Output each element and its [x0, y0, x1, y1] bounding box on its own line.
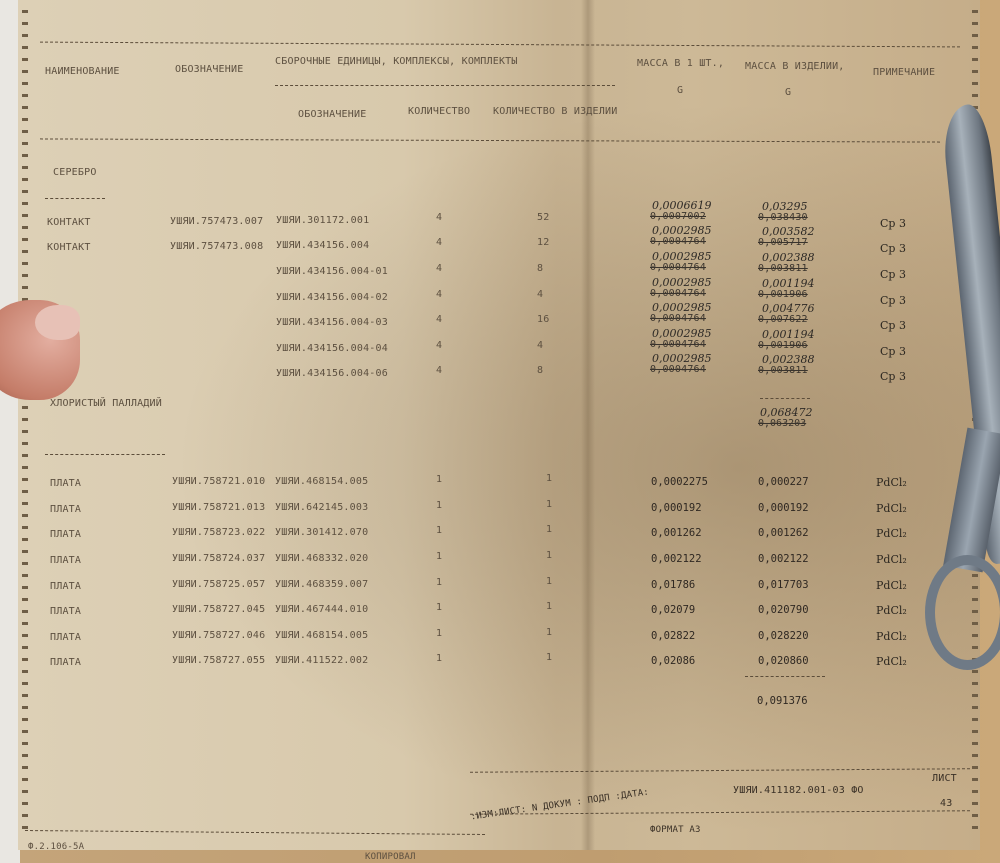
- col-header-qty-in-product: КОЛИЧЕСТВО В ИЗДЕЛИИ: [493, 106, 617, 117]
- row-mass-total-old: 0,003811: [758, 263, 808, 274]
- row-assembly: УШЯИ.434156.004-02: [276, 292, 388, 303]
- col-header-mass-product-g: G: [785, 87, 791, 98]
- row-mass-unit: 0,01786: [651, 579, 695, 591]
- col-header-note: ПРИМЕЧАНИЕ: [873, 67, 935, 78]
- row-assembly: УШЯИ.468359.007: [275, 579, 368, 590]
- palladium-total-rule: [745, 676, 825, 677]
- row-designation: УШЯИ.758727.055: [172, 655, 265, 666]
- row-mass-unit-old: 0,0004764: [650, 339, 706, 350]
- row-mass-unit-old: 0,0004764: [650, 313, 706, 324]
- row-designation: УШЯИ.758721.013: [172, 502, 265, 513]
- silver-total-old: 0,063203: [758, 418, 806, 429]
- row-designation: УШЯИ.758723.022: [172, 527, 265, 538]
- row-note: PdCl₂: [876, 630, 907, 643]
- silver-total-rule: [760, 398, 810, 399]
- row-mass-unit-old: 0,0004764: [650, 364, 706, 375]
- row-name: ПЛАТА: [50, 555, 81, 566]
- row-assembly: УШЯИ.468154.005: [275, 630, 368, 641]
- row-mass-total-old: 0,001906: [758, 289, 808, 300]
- row-qty-in-product: 1: [546, 550, 552, 561]
- row-name: КОНТАКТ: [47, 242, 91, 253]
- fingernail-photo-object: [35, 305, 80, 340]
- row-qty-in-product: 1: [546, 499, 552, 510]
- row-mass-total: 0,001262: [758, 527, 809, 539]
- paper-fold: [581, 0, 595, 850]
- row-mass-unit: 0,02079: [651, 604, 695, 616]
- row-note: PdCl₂: [876, 604, 907, 617]
- row-qty-in-product: 1: [546, 601, 552, 612]
- row-assembly: УШЯИ.434156.004: [276, 240, 369, 251]
- row-note: Ср 3: [880, 345, 906, 358]
- row-name: ПЛАТА: [50, 504, 81, 515]
- row-note: Ср 3: [880, 268, 906, 281]
- row-qty-in-product: 8: [537, 365, 543, 376]
- row-qty: 4: [436, 365, 442, 376]
- palladium-total: 0,091376: [757, 695, 808, 707]
- section-palladium: ХЛОРИСТЫЙ ПАЛЛАДИЙ: [50, 398, 162, 409]
- row-name: ПЛАТА: [50, 529, 81, 540]
- row-qty: 1: [436, 525, 442, 536]
- col-header-designation: ОБОЗНАЧЕНИЕ: [175, 64, 243, 75]
- scissors-ring: [925, 555, 1000, 670]
- row-qty: 4: [436, 212, 442, 223]
- row-note: PdCl₂: [876, 579, 907, 592]
- row-mass-unit-old: 0,0004764: [650, 262, 706, 273]
- row-assembly: УШЯИ.301172.001: [276, 215, 369, 226]
- col-header-sub-quantity: КОЛИЧЕСТВО: [408, 106, 470, 117]
- row-note: PdCl₂: [876, 553, 907, 566]
- row-mass-total: 0,017703: [758, 579, 809, 591]
- row-qty-in-product: 1: [546, 652, 552, 663]
- row-note: Ср 3: [880, 319, 906, 332]
- row-mass-unit: 0,002122: [651, 553, 702, 565]
- col-header-assemblies: СБОРОЧНЫЕ ЕДИНИЦЫ, КОМПЛЕКСЫ, КОМПЛЕКТЫ: [275, 56, 518, 67]
- section-palladium-underline: [45, 454, 165, 455]
- form-code: Ф.2.106-5А: [28, 842, 84, 852]
- row-qty-in-product: 4: [537, 289, 543, 300]
- col-header-mass-unit: МАССА В 1 ШТ.,: [637, 58, 724, 69]
- row-mass-unit: 0,001262: [651, 527, 702, 539]
- col-header-mass-unit-g: G: [677, 85, 683, 96]
- row-qty-in-product: 1: [546, 576, 552, 587]
- row-assembly: УШЯИ.467444.010: [275, 604, 368, 615]
- row-mass-total-old: 0,005717: [758, 237, 808, 248]
- col-header-sub-designation: ОБОЗНАЧЕНИЕ: [298, 109, 366, 120]
- row-assembly: УШЯИ.642145.003: [275, 502, 368, 513]
- row-mass-total: 0,000192: [758, 502, 809, 514]
- row-qty: 4: [436, 289, 442, 300]
- binder-edge: [0, 0, 20, 863]
- row-qty-in-product: 1: [546, 627, 552, 638]
- row-qty-in-product: 52: [537, 212, 549, 223]
- sheet-number: 43: [940, 798, 952, 809]
- row-qty: 1: [436, 474, 442, 485]
- row-assembly: УШЯИ.434156.004-01: [276, 266, 388, 277]
- row-note: PdCl₂: [876, 527, 907, 540]
- row-note: Ср 3: [880, 370, 906, 383]
- row-name: ПЛАТА: [50, 657, 81, 668]
- row-designation: УШЯИ.758725.057: [172, 579, 265, 590]
- row-mass-total-old: 0,038430: [758, 212, 808, 223]
- row-mass-unit-old: 0,0007002: [650, 211, 706, 222]
- row-note: Ср 3: [880, 294, 906, 307]
- row-qty-in-product: 1: [546, 473, 552, 484]
- row-name: КОНТАКТ: [47, 217, 91, 228]
- row-assembly: УШЯИ.468154.005: [275, 476, 368, 487]
- row-designation: УШЯИ.758727.045: [172, 604, 265, 615]
- row-mass-total: 0,002122: [758, 553, 809, 565]
- sheet-label: ЛИСТ: [932, 773, 957, 784]
- row-note: Ср 3: [880, 217, 906, 230]
- row-assembly: УШЯИ.434156.004-06: [276, 368, 388, 379]
- col-header-name: НАИМЕНОВАНИЕ: [45, 66, 120, 77]
- row-mass-unit-old: 0,0004764: [650, 288, 706, 299]
- row-name: ПЛАТА: [50, 606, 81, 617]
- row-designation: УШЯИ.757473.008: [170, 241, 263, 252]
- row-mass-unit: 0,02086: [651, 655, 695, 667]
- row-note: PdCl₂: [876, 476, 907, 489]
- copied-label: КОПИРОВАЛ: [365, 852, 416, 862]
- row-mass-total-old: 0,001906: [758, 340, 808, 351]
- row-designation: УШЯИ.757473.007: [170, 216, 263, 227]
- row-qty: 4: [436, 340, 442, 351]
- row-qty: 1: [436, 653, 442, 664]
- row-mass-total: 0,020860: [758, 655, 809, 667]
- row-mass-total: 0,000227: [758, 476, 809, 488]
- row-name: ПЛАТА: [50, 632, 81, 643]
- section-silver: СЕРЕБРО: [53, 167, 97, 178]
- row-name: ПЛАТА: [50, 478, 81, 489]
- row-qty-in-product: 4: [537, 340, 543, 351]
- row-assembly: УШЯИ.434156.004-04: [276, 343, 388, 354]
- row-mass-total: 0,020790: [758, 604, 809, 616]
- section-silver-underline: [45, 198, 105, 199]
- row-qty-in-product: 12: [537, 237, 549, 248]
- row-qty: 4: [436, 237, 442, 248]
- col-header-mass-product: МАССА В ИЗДЕЛИИ,: [745, 61, 845, 72]
- row-mass-total-old: 0,003811: [758, 365, 808, 376]
- row-mass-total: 0,028220: [758, 630, 809, 642]
- row-qty: 1: [436, 602, 442, 613]
- row-name: ПЛАТА: [50, 581, 81, 592]
- row-qty-in-product: 1: [546, 524, 552, 535]
- row-mass-unit: 0,0002275: [651, 476, 708, 488]
- row-qty-in-product: 8: [537, 263, 543, 274]
- row-qty: 4: [436, 314, 442, 325]
- row-qty: 1: [436, 500, 442, 511]
- row-assembly: УШЯИ.434156.004-03: [276, 317, 388, 328]
- doc-code: УШЯИ.411182.001-03 ФО: [733, 785, 864, 796]
- row-mass-total-old: 0,007622: [758, 314, 808, 325]
- row-qty-in-product: 16: [537, 314, 549, 325]
- row-mass-unit-old: 0,0004764: [650, 236, 706, 247]
- row-qty: 1: [436, 628, 442, 639]
- row-qty: 4: [436, 263, 442, 274]
- header-mid-rule: [275, 85, 615, 86]
- row-qty: 1: [436, 551, 442, 562]
- row-assembly: УШЯИ.301412.070: [275, 527, 368, 538]
- row-note: Ср 3: [880, 242, 906, 255]
- row-designation: УШЯИ.758724.037: [172, 553, 265, 564]
- row-designation: УШЯИ.758727.046: [172, 630, 265, 641]
- perforation-left: [22, 10, 28, 830]
- row-designation: УШЯИ.758721.010: [172, 476, 265, 487]
- row-mass-unit: 0,000192: [651, 502, 702, 514]
- row-note: PdCl₂: [876, 655, 907, 668]
- row-note: PdCl₂: [876, 502, 907, 515]
- row-assembly: УШЯИ.411522.002: [275, 655, 368, 666]
- printout-sheet: [18, 0, 980, 850]
- row-mass-unit: 0,02822: [651, 630, 695, 642]
- format-label: ФОРМАТ А3: [650, 825, 701, 835]
- row-qty: 1: [436, 577, 442, 588]
- row-assembly: УШЯИ.468332.020: [275, 553, 368, 564]
